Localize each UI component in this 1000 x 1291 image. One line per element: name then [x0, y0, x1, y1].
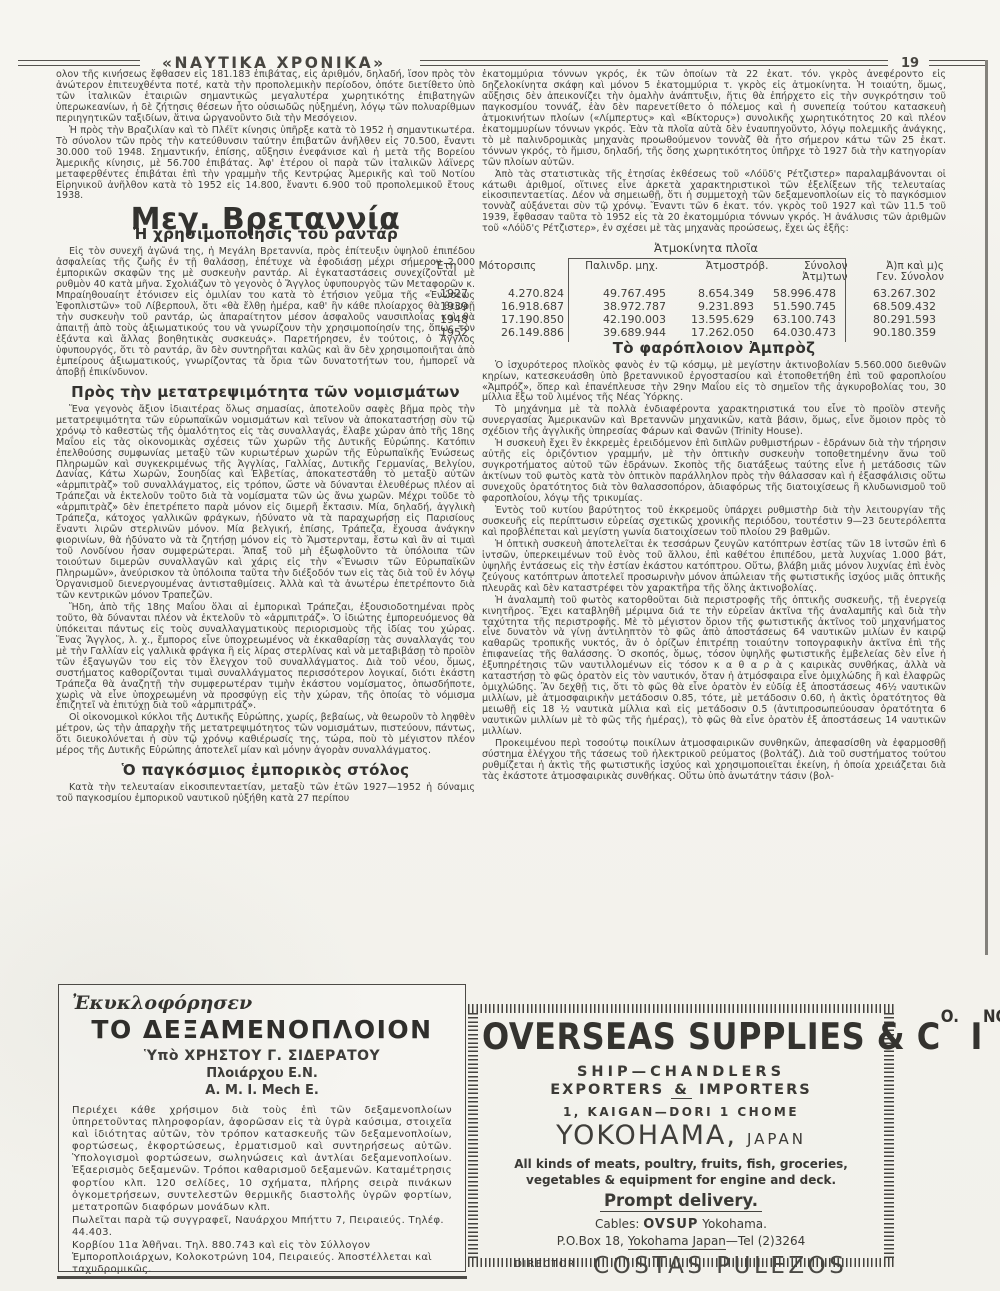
- masthead-rule-center: [420, 60, 888, 66]
- ad-body-text: All kinds of meats, poultry, fruits, fis…: [482, 1157, 880, 1188]
- director-line: DIRECTOR :COSTAS PULEZOS: [482, 1253, 880, 1279]
- paragraph: Ἕνα γεγονὸς ἄξιον ἰδιαιτέρας ὅλως σημασί…: [56, 405, 475, 602]
- cell-turbines: 8.654.349: [666, 287, 754, 300]
- cell-grand-total: 63.267.302: [836, 287, 936, 300]
- paragraph: Ἡ πρὸς τὴν Βραζιλίαν καὶ τὸ Πλέϊτ κίνησι…: [56, 126, 475, 203]
- cell-steam-total: 63.100.743: [754, 313, 836, 326]
- cell-year: 1939: [428, 300, 468, 313]
- pobox-line: P.O.Box 18, Yokohama Japan—Tel (2)3264: [482, 1234, 880, 1248]
- cell-motorships: 4.270.824: [468, 287, 564, 300]
- cell-steam-total: 64.030.473: [754, 326, 836, 339]
- right-column: ἑκατομμύρια τόννων γκρός, ἐκ τῶν ὁποίων …: [482, 70, 946, 784]
- paragraph: Τὸ μηχάνημα μὲ τὰ πολλὰ ἐνδιαφέροντα χαρ…: [482, 405, 946, 438]
- paragraph: Ἤδη, ἀπὸ τῆς 18ης Μαΐου ὅλαι αἱ ἐμπορικα…: [56, 603, 475, 713]
- section-heading-currency: Πρὸς τὴν μετατρεψιμότητα τῶν νομισμάτων: [56, 387, 475, 398]
- column-header-years: Ἔτη: [428, 261, 473, 287]
- paragraph: Ἡ συσκευὴ ἔχει ἓν ἐκκρεμὲς ἐρειδόμενον ἐ…: [482, 439, 946, 505]
- column-header-motorships: Μότορσιπς: [473, 261, 572, 287]
- cell-steam-total: 51.590.745: [754, 300, 836, 313]
- company-name: OVERSEAS SUPPLIES & CO. INC.: [482, 1015, 880, 1058]
- director-name: COSTAS PULEZOS: [593, 1253, 847, 1279]
- prompt-delivery-text: Prompt delivery.: [482, 1191, 880, 1210]
- overseas-supplies-ad: OVERSEAS SUPPLIES & CO. INC. SHIP—CHANDL…: [468, 1004, 894, 1267]
- paragraph: Εἰς τὸν συνεχῆ ἀγῶνά της, ἡ Μεγάλη Βρετα…: [56, 247, 475, 378]
- column-header-grand-total: Ἀ)π καὶ μ)ςΓεν. Σύνολον: [848, 261, 944, 287]
- book-author-credential: A. M. I. Mech E.: [72, 1083, 452, 1098]
- steam-ships-table: Ἀτμοκίνητα πλοῖα Ἔτη Μότορσιπς Παλινδρ. …: [428, 243, 944, 339]
- paragraph: Ἡ ὀπτικὴ συσκευὴ ἀποτελεῖται ἐκ τεσσάρων…: [482, 540, 946, 595]
- column-header-steam-total: ΣύνολονἈτμ)των: [768, 261, 847, 287]
- cell-year: 1927: [428, 287, 468, 300]
- cell-turbines: 13.595.629: [666, 313, 754, 326]
- paragraph: Προκειμένου περὶ τοσούτῳ ποικίλων ἀτμοσφ…: [482, 739, 946, 783]
- cell-motorships: 17.190.850: [468, 313, 564, 326]
- table-row: 1948 17.190.850 42.190.003 13.595.629 63…: [428, 313, 944, 326]
- tanker-book-ad: Ἐκυκλοφόρησεν ΤΟ ΔΕΞΑΜΕΝΟΠΛΟΙΟΝ Ὑπὸ ΧΡΗΣ…: [58, 984, 466, 1272]
- table-row: 1927 4.270.824 49.767.495 8.654.349 58.9…: [428, 287, 944, 300]
- paragraph: Οἱ οἰκονομικοὶ κύκλοι τῆς Δυτικῆς Εὐρώπη…: [56, 713, 475, 757]
- company-city: YOKOHAMA,JAPAN: [482, 1120, 880, 1151]
- paragraph: Ἐντὸς τοῦ κυτίου βαρύτητος τοῦ ἐκκρεμοῦς…: [482, 506, 946, 539]
- section-heading-radar: Ἡ χρησιμοποίησις τοῦ ραντάρ: [56, 229, 475, 240]
- masthead-rule-left: [18, 60, 140, 66]
- cell-grand-total: 90.180.359: [836, 326, 936, 339]
- scan-edge-line: [985, 60, 988, 955]
- company-role-exporters: EXPORTERS & IMPORTERS: [482, 1082, 880, 1098]
- company-street-address: 1, KAIGAN—DORI 1 CHOME: [482, 1105, 880, 1119]
- cell-reciprocating: 39.689.944: [564, 326, 666, 339]
- cell-grand-total: 68.509.432: [836, 300, 936, 313]
- paragraph: Κατὰ τὴν τελευταίαν εἰκοσιπενταετίαν, με…: [56, 783, 475, 805]
- table-title: Ἀτμοκίνητα πλοῖα: [428, 243, 944, 254]
- book-author-rank: Πλοιάρχου Ε.Ν.: [72, 1066, 452, 1081]
- company-role-chandlers: SHIP—CHANDLERS: [482, 1064, 880, 1080]
- ad-border-left: [468, 1013, 478, 1258]
- left-column: ολον τῆς κινήσεως ἔφθασεν εἰς 181.183 ἐπ…: [56, 70, 475, 806]
- cell-year: 1952: [428, 326, 468, 339]
- cell-year: 1948: [428, 313, 468, 326]
- ad-border-top: [468, 1004, 894, 1013]
- paragraph: ἑκατομμύρια τόννων γκρός, ἐκ τῶν ὁποίων …: [482, 70, 946, 169]
- book-sale-info: Πωλεῖται παρὰ τῷ συγγραφεῖ, Ναυάρχου Μπή…: [72, 1215, 452, 1239]
- book-title: ΤΟ ΔΕΞΑΜΕΝΟΠΛΟΙΟΝ: [72, 1015, 452, 1044]
- cell-steam-total: 58.996.478: [754, 287, 836, 300]
- table-row: 1939 16.918.687 38.972.787 9.231.893 51.…: [428, 300, 944, 313]
- paragraph: ολον τῆς κινήσεως ἔφθασεν εἰς 181.183 ἐπ…: [56, 70, 475, 125]
- section-heading-world-fleet: Ὁ παγκόσμιος ἐμπορικὸς στόλος: [56, 765, 475, 776]
- table-header-row: Ἔτη Μότορσιπς Παλινδρ. μηχ. Ἀτμοστρόβ. Σ…: [428, 261, 944, 287]
- cables-line: Cables: OVSUP Yokohama.: [482, 1217, 880, 1232]
- cell-turbines: 9.231.893: [666, 300, 754, 313]
- cell-turbines: 17.262.050: [666, 326, 754, 339]
- paragraph: Ὁ ἰσχυρότερος πλοϊκὸς φανὸς ἐν τῷ κόσμῳ,…: [482, 361, 946, 405]
- cell-reciprocating: 38.972.787: [564, 300, 666, 313]
- masthead-rule-right: [929, 60, 985, 66]
- cell-motorships: 16.918.687: [468, 300, 564, 313]
- ad-intro-text: Ἐκυκλοφόρησεν: [72, 992, 452, 1014]
- table-row: 1952 26.149.886 39.689.944 17.262.050 64…: [428, 326, 944, 339]
- cell-reciprocating: 49.767.495: [564, 287, 666, 300]
- book-description: Περιέχει κάθε χρήσιμον διὰ τοὺς ἐπὶ τῶν …: [72, 1105, 452, 1214]
- book-sale-info: Κορβίου 11α Ἀθῆναι. Τηλ. 880.743 καὶ εἰς…: [72, 1240, 452, 1276]
- column-header-reciprocating: Παλινδρ. μηχ.: [571, 261, 683, 287]
- section-heading-lightship: Τὸ φαρόπλοιον Ἀμπρὸζ: [482, 343, 946, 354]
- cell-reciprocating: 42.190.003: [564, 313, 666, 326]
- column-header-turbines: Ἀτμοστρόβ.: [684, 261, 769, 287]
- paragraph: Ἀπὸ τὰς στατιστικὰς τῆς ἐτησίας ἐκθέσεως…: [482, 170, 946, 236]
- magazine-page: «ΝΑΥΤΙΚΑ ΧΡΟΝΙΚΑ» 19 ολον τῆς κινήσεως ἔ…: [0, 0, 1000, 1291]
- paragraph: Ἡ ἀναλαμπὴ τοῦ φωτὸς κατορθοῦται διὰ περ…: [482, 596, 946, 738]
- book-author: Ὑπὸ ΧΡΗΣΤΟΥ Γ. ΣΙΔΕΡΑΤΟΥ: [72, 1048, 452, 1064]
- cell-grand-total: 80.291.593: [836, 313, 936, 326]
- cell-motorships: 26.149.886: [468, 326, 564, 339]
